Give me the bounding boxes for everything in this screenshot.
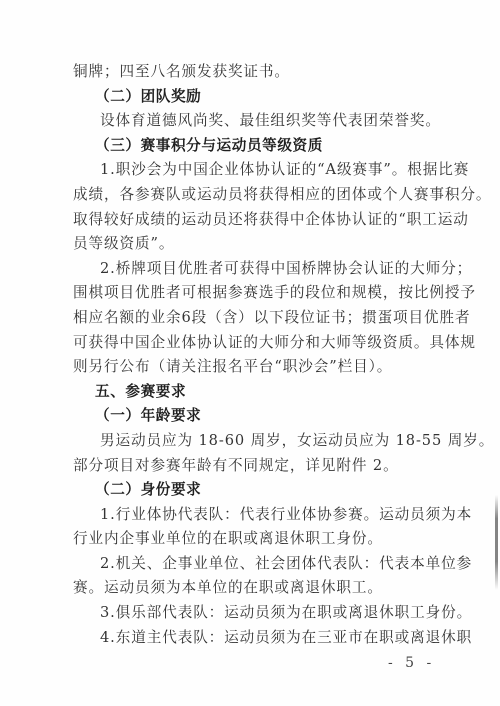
- text-line-identity-2: 行业内企事业单位的在职或离退休职工身份。: [73, 527, 425, 552]
- heading-age-requirements: （一）年龄要求: [73, 404, 425, 429]
- heading-participation-requirements: 五、参赛要求: [73, 380, 425, 405]
- text-line-points-3: 取得较好成绩的运动员还将获得中企体协认证的“职工运动: [73, 208, 425, 233]
- heading-identity-requirements: （二）身份要求: [73, 478, 425, 503]
- document-body: 铜牌；四至八名颁发获奖证书。 （二）团队奖励 设体育道德风尚奖、最佳组织奖等代表…: [73, 60, 425, 650]
- text-line-age-2: 部分项目对参赛年龄有不同规定，详见附件 2。: [73, 454, 425, 479]
- text-line-age-1: 男运动员应为 18-60 周岁，女运动员应为 18-55 周岁。: [73, 429, 425, 454]
- text-line-medals: 铜牌；四至八名颁发获奖证书。: [73, 60, 425, 85]
- heading-points-qualification: （三）赛事积分与运动员等级资质: [73, 134, 425, 159]
- text-line-identity-3: 2.机关、企事业单位、社会团体代表队：代表本单位参: [73, 552, 425, 577]
- text-line-points-2: 成绩，各参赛队或运动员将获得相应的团体或个人赛事积分。: [73, 183, 425, 208]
- heading-team-awards: （二）团队奖励: [73, 85, 425, 110]
- text-line-identity-4: 赛。运动员须为本单位的在职或离退休职工。: [73, 576, 425, 601]
- text-line-identity-5: 3.俱乐部代表队：运动员须为在职或离退休职工身份。: [73, 601, 425, 626]
- text-line-bridge-2: 围棋项目优胜者可根据参赛选手的段位和规模，按比例授予: [73, 281, 425, 306]
- text-line-bridge-5: 则另行公布（请关注报名平台“职沙会”栏目）。: [73, 355, 425, 380]
- text-line-identity-6: 4.东道主代表队：运动员须为在三亚市在职或离退休职: [73, 626, 425, 651]
- text-line-identity-1: 1.行业体协代表队：代表行业体协参赛。运动员须为本: [73, 503, 425, 528]
- text-line-bridge-4: 可获得中国企业体协认证的大师分和大师等级资质。具体规: [73, 331, 425, 356]
- text-line-bridge-3: 相应名额的业余6段（含）以下段位证书；掼蛋项目优胜者: [73, 306, 425, 331]
- page-edge-shadow: [495, 495, 498, 590]
- document-page: 铜牌；四至八名颁发获奖证书。 （二）团队奖励 设体育道德风尚奖、最佳组织奖等代表…: [0, 0, 500, 706]
- text-line-points-1: 1.职沙会为中国企业体协认证的“A级赛事”。根据比赛: [73, 158, 425, 183]
- text-line-team-awards: 设体育道德风尚奖、最佳组织奖等代表团荣誉奖。: [73, 109, 425, 134]
- text-line-bridge-1: 2.桥牌项目优胜者可获得中国桥牌协会认证的大师分；: [73, 257, 425, 282]
- page-number: - 5 -: [388, 655, 435, 671]
- text-line-points-4: 员等级资质”。: [73, 232, 425, 257]
